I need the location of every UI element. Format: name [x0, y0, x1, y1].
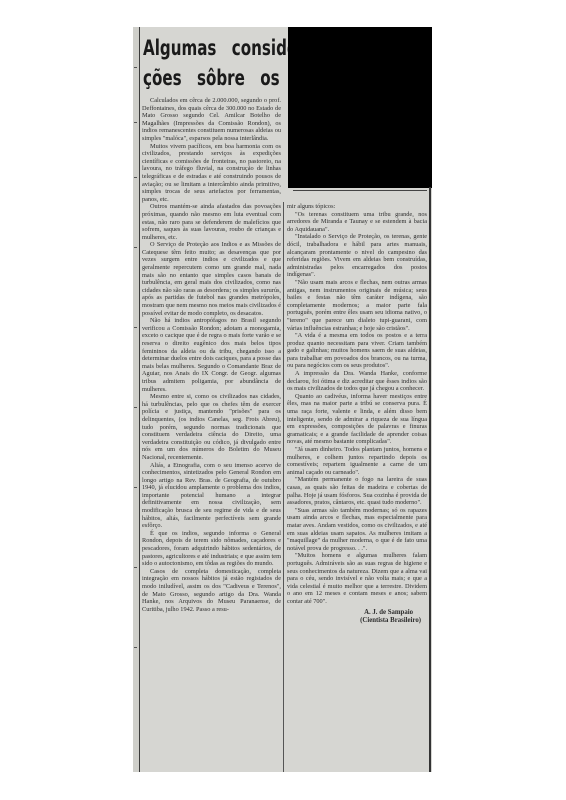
paragraph: "Instalado o Serviço de Proteção, os ter…	[287, 233, 427, 279]
newspaper-clipping: Algumas considera ções sôbre os indios C…	[133, 27, 432, 772]
paragraph: Quanto ao cadivéus, informa haver mestiç…	[287, 393, 427, 446]
paragraph: Mesmo entre si, como os civilizados nas …	[142, 393, 281, 461]
paragraph: Aliás, a Etnografia, com o seu imenso ac…	[142, 462, 281, 530]
paragraph: "Os terenas constituem uma tribu grande,…	[287, 211, 427, 234]
paragraph: É que os indios, segundo informa o Gener…	[142, 530, 281, 568]
paragraph: Não há indios antropófagos no Brasil seg…	[142, 317, 281, 393]
author-name: A. J. de Sampaio	[287, 609, 427, 617]
column-divider	[283, 202, 284, 772]
headline-line-2: ções sôbre os indios	[143, 63, 244, 93]
paragraph: "Já usam dinheiro. Todos plantam juntos,…	[287, 446, 427, 476]
paragraph: "Suas armas são também modernas; só os r…	[287, 507, 427, 553]
paragraph: Casos de completa domesticação, completa…	[142, 568, 281, 614]
paragraph: "Muitos homens e algumas mulheres falam …	[287, 552, 427, 605]
adjacent-column-strip	[133, 27, 140, 772]
headline-line-1: Algumas considera	[143, 33, 244, 63]
paragraph: Muitos vivem pacíficos, em boa harmonia …	[142, 143, 281, 204]
article-headline: Algumas considera ções sôbre os indios	[143, 33, 244, 93]
paragraph: "A vida é a mesma em todos os postos e a…	[287, 332, 427, 370]
paragraph: mir alguns tópicos:	[287, 203, 427, 211]
right-border-rule	[429, 187, 431, 772]
paragraph: Calculados em cêrca de 2.000.000, segund…	[142, 97, 281, 143]
paragraph: Outros mantém-se ainda afastados das pov…	[142, 203, 281, 241]
paragraph: O Serviço de Proteção aos Indios e as Mi…	[142, 241, 281, 317]
left-column: Calculados em cêrca de 2.000.000, segund…	[142, 97, 281, 613]
paragraph: "Não usam mais arcos e flechas, nem outr…	[287, 279, 427, 332]
author-affiliation: (Cientista Brasileiro)	[287, 617, 427, 625]
horizontal-rule	[293, 190, 427, 191]
paragraph: A impressão da Dra. Wanda Hanke, conform…	[287, 370, 427, 393]
redacted-black-block	[288, 27, 432, 188]
right-column: mir alguns tópicos: "Os terenas constitu…	[287, 203, 427, 625]
paragraph: "Mantém permanente o fogo na lareira de …	[287, 476, 427, 506]
